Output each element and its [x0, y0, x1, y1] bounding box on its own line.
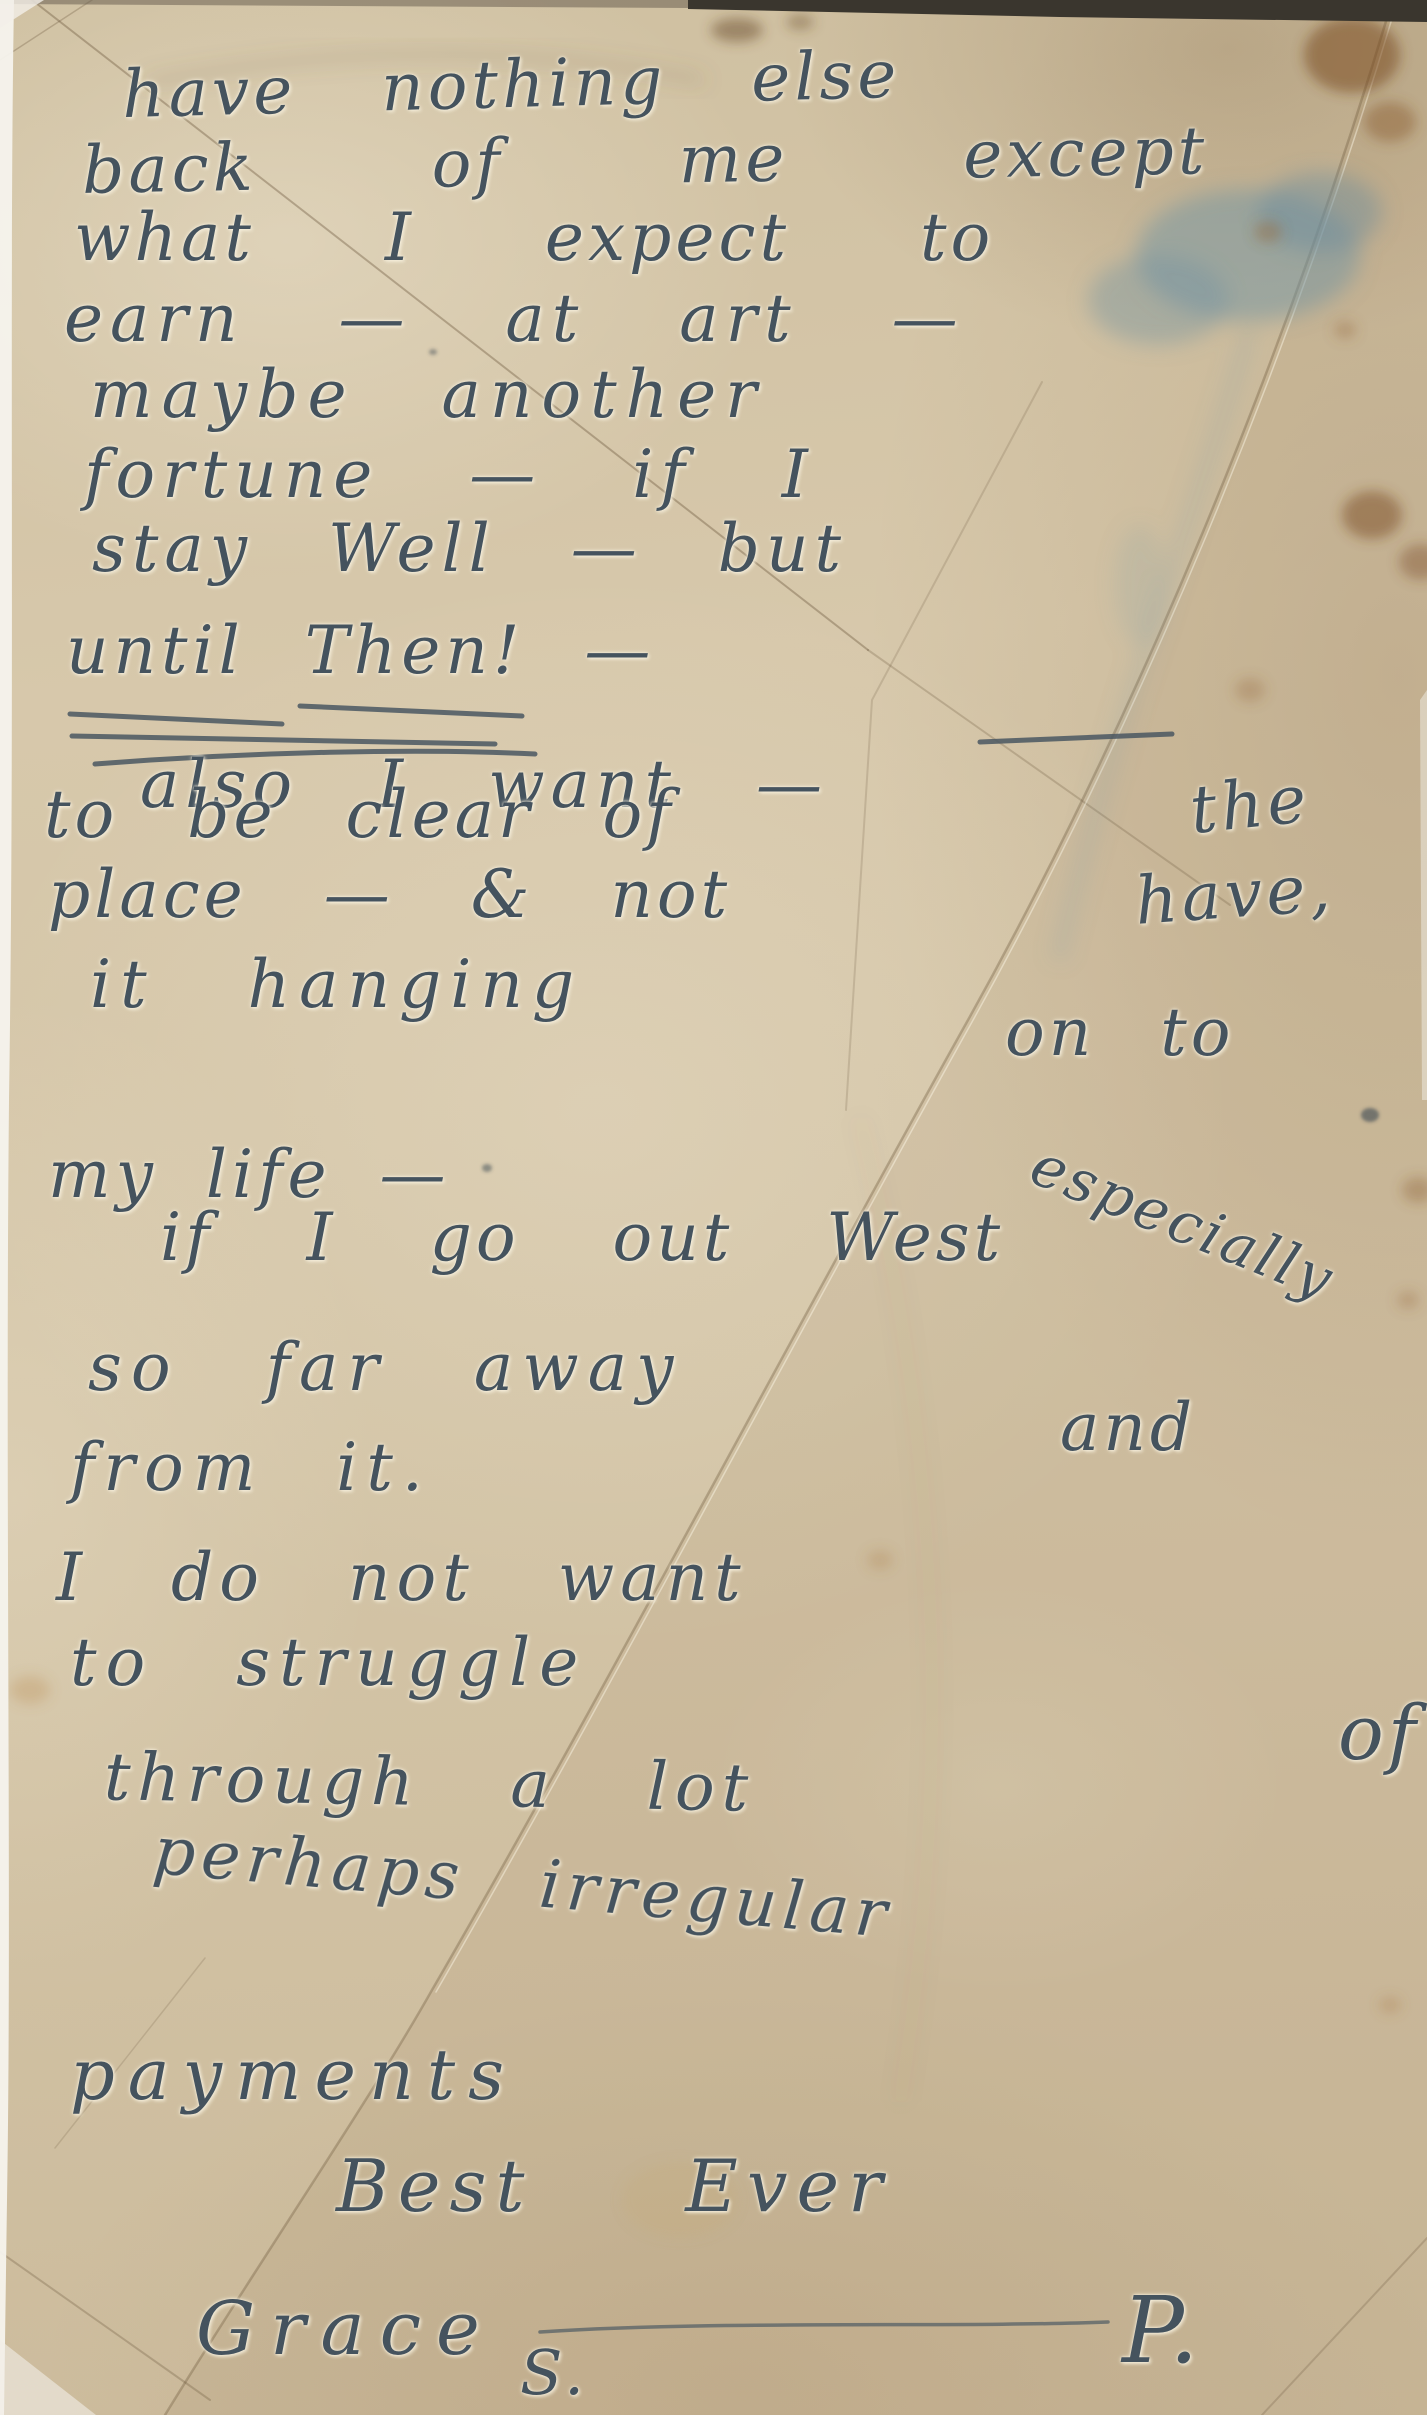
handwriting-line-underlined: until Then! — — [66, 618, 655, 684]
handwriting-word-right-column: on to — [1005, 1000, 1234, 1066]
handwriting-line: so far away — [88, 1335, 682, 1401]
closing-line: Best Ever — [336, 2150, 892, 2222]
handwriting-line: earn — at art — — [64, 286, 965, 352]
handwriting-line: through a lot — [103, 1744, 755, 1821]
handwriting-word-right-column: and — [1060, 1395, 1196, 1461]
signature-name: Grace — [196, 2292, 495, 2366]
handwriting-line: fortune — if I — [84, 442, 815, 508]
handwriting-line: have nothing else — [121, 42, 901, 128]
handwriting-line: stay Well — but — [92, 516, 847, 582]
signature-initial-p: P. — [1122, 2285, 1203, 2377]
handwriting-line: to be clear of — [44, 782, 675, 848]
handwriting-line: it hanging — [90, 952, 583, 1018]
handwriting-word-right-column: have, — [1133, 855, 1336, 935]
handwriting-line: if I go out West — [160, 1205, 1004, 1271]
handwriting-line: to struggle — [70, 1630, 587, 1696]
handwriting-line: I do not want — [56, 1545, 747, 1611]
scan-edge-top — [0, 0, 1427, 22]
handwriting-line: payments — [70, 2040, 517, 2110]
signature-initial-s: S. — [520, 2342, 588, 2404]
handwriting-line: back of me except — [82, 118, 1209, 204]
handwriting-line: maybe another — [90, 362, 766, 428]
handwriting-line: place — & not — [48, 862, 731, 928]
handwriting-line: what I expect to — [74, 205, 994, 271]
handwriting-word-right-column: of — [1338, 1695, 1420, 1771]
handwriting-word-right-column: the — [1187, 766, 1313, 844]
envelope-letter-scan: have nothing else back of me except what… — [0, 0, 1427, 2415]
handwriting-line: from it. — [70, 1435, 432, 1501]
